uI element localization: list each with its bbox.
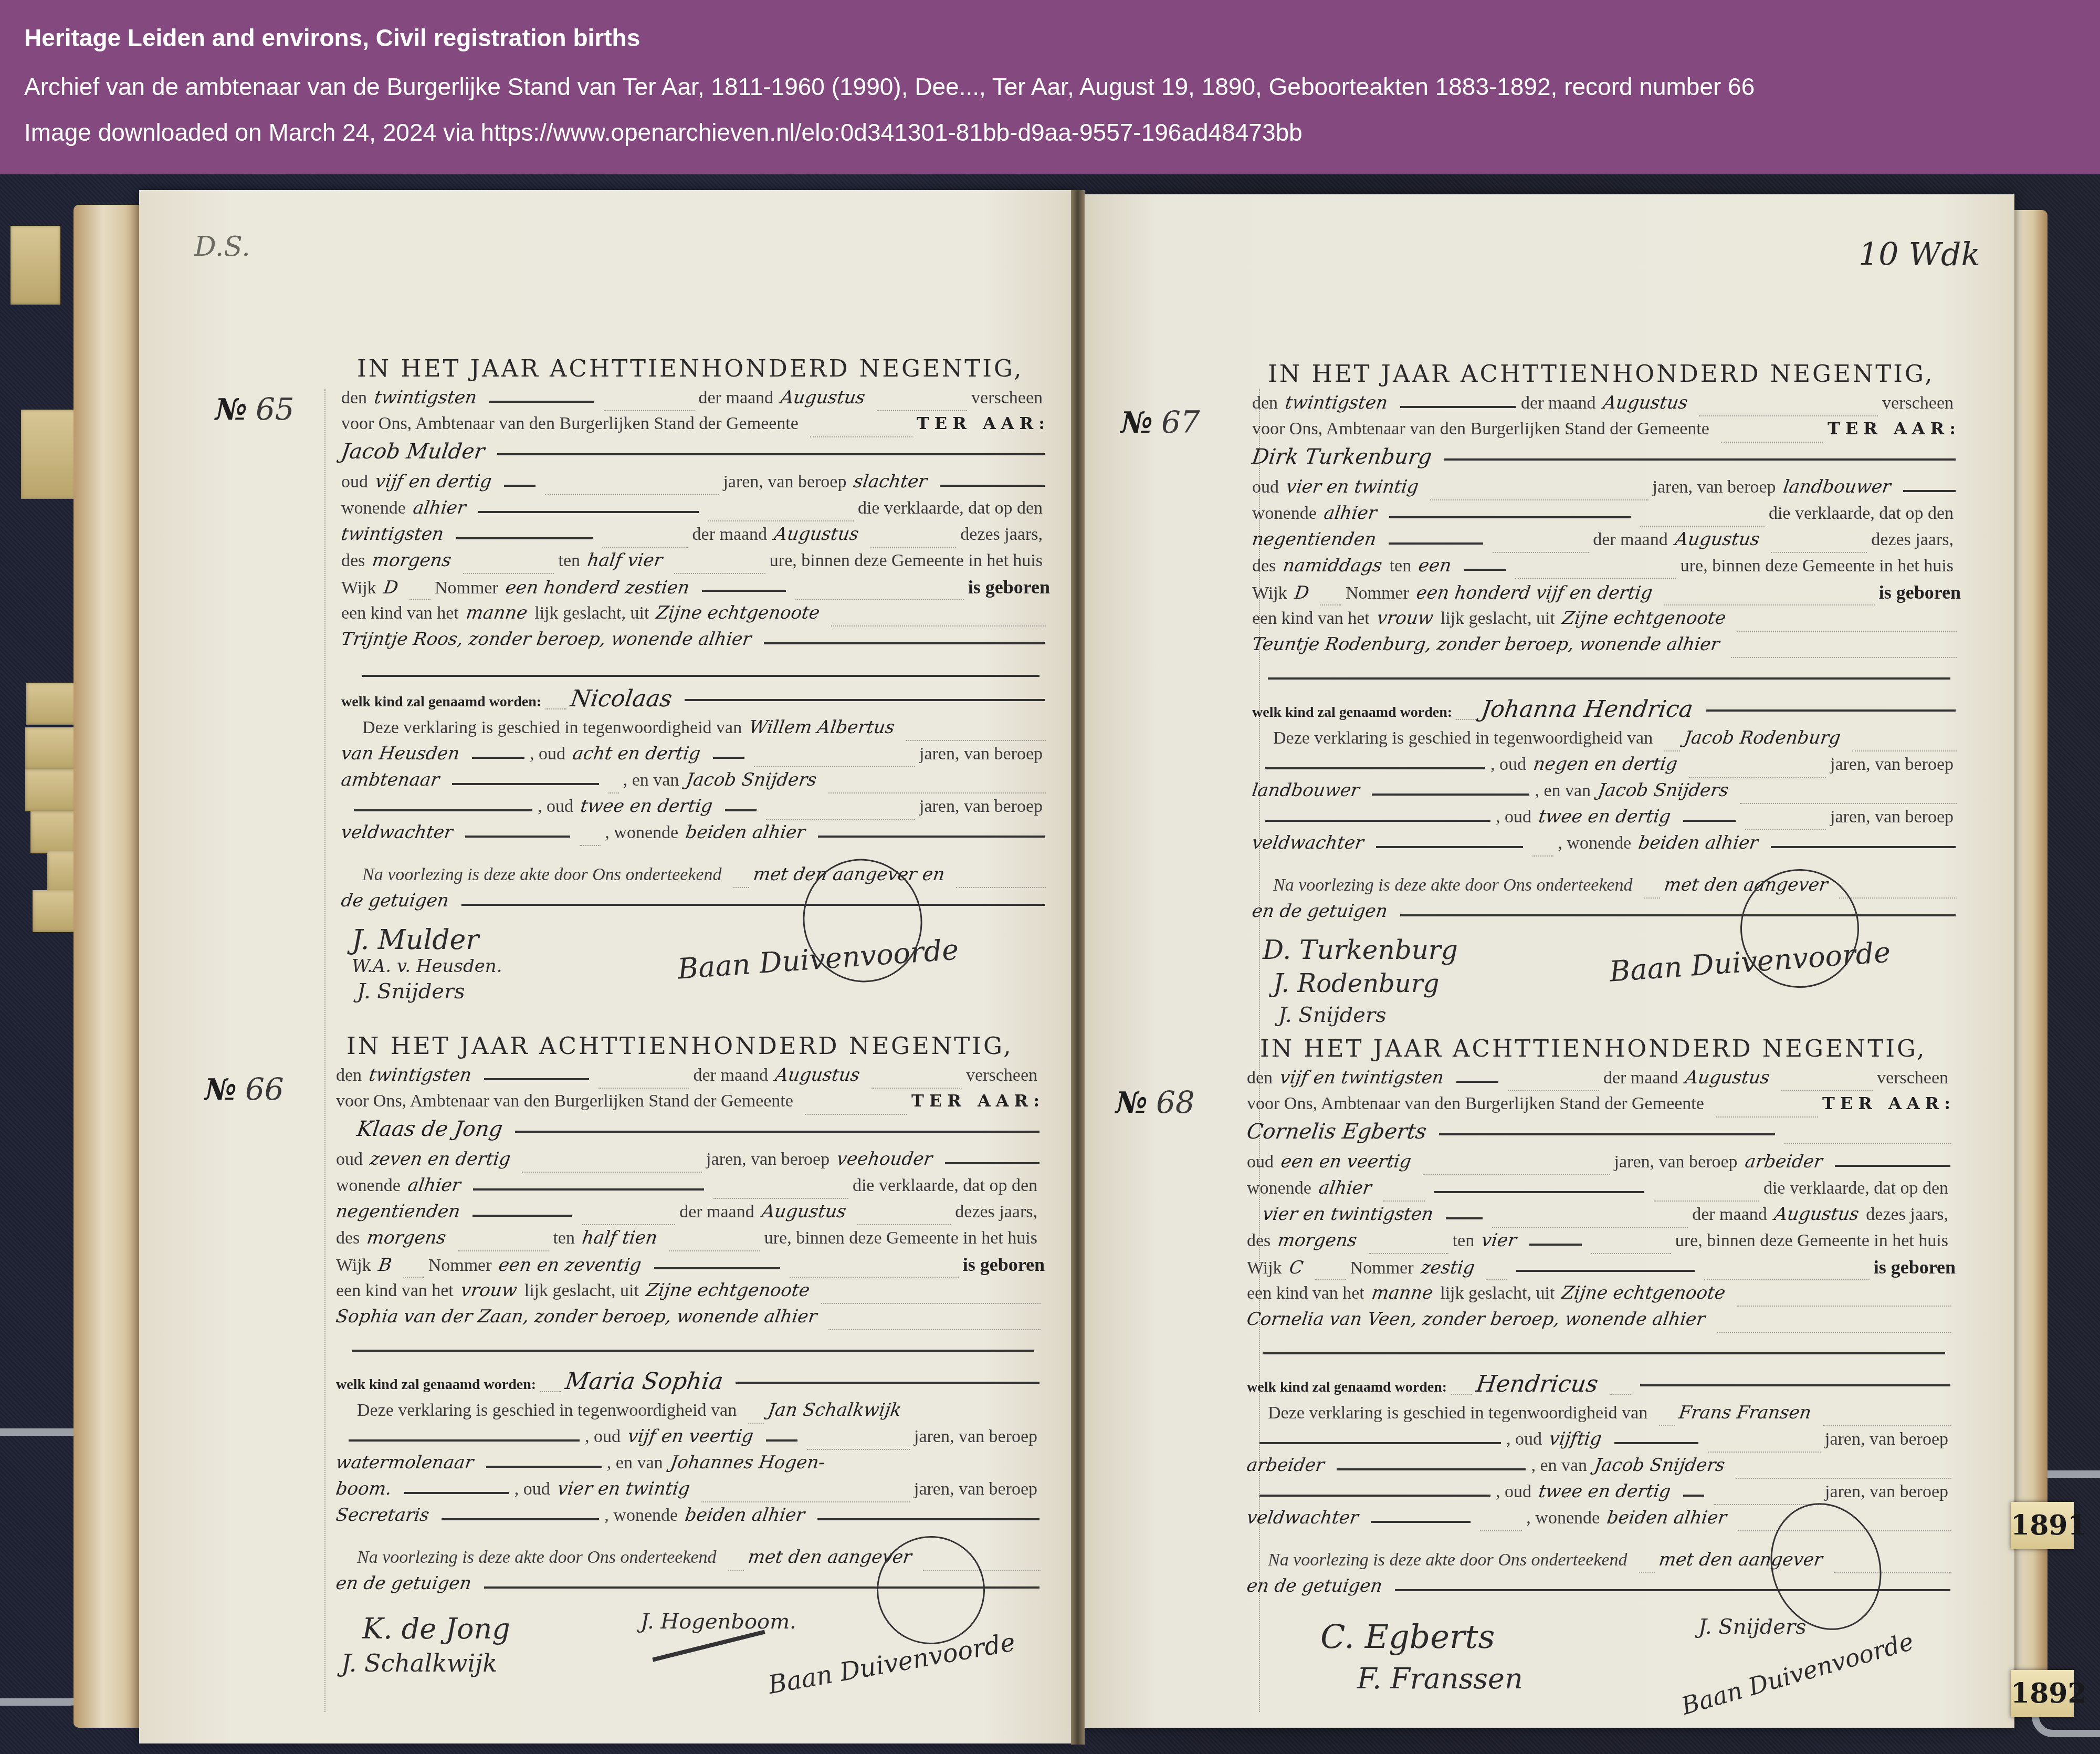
label-en-van: , en van xyxy=(1531,1456,1587,1476)
fill-line xyxy=(1706,709,1956,712)
value-signed-with2: en de getuigen xyxy=(1251,901,1389,922)
value-signed-with2: en de getuigen xyxy=(334,1573,472,1594)
label-voorlezing: Na voorlezing is deze akte door Ons onde… xyxy=(1273,875,1633,895)
dotted-line xyxy=(1708,1452,1821,1453)
row-witness1-age: , oud vijf en veertig jaren, van beroep xyxy=(336,1426,1045,1455)
dotted-line xyxy=(1745,829,1826,830)
source-citation: Archief van de ambtenaar van de Burgerli… xyxy=(24,72,1755,101)
fill-line xyxy=(654,1267,780,1269)
value-house-number: een honderd zestien xyxy=(504,577,691,598)
collection-title: Heritage Leiden and environs, Civil regi… xyxy=(24,24,640,52)
value-birth-month: Augustus xyxy=(760,1201,847,1222)
row-official: voor Ons, Ambtenaar van den Burgerlijken… xyxy=(1252,419,1961,448)
signature: J. Snijders xyxy=(357,979,465,1004)
fill-line xyxy=(713,757,744,759)
dotted-line xyxy=(463,573,554,574)
value-month: Augustus xyxy=(779,387,866,408)
label-oud: oud xyxy=(341,472,368,492)
dotted-line xyxy=(580,845,601,846)
label-geslacht: lijk geslacht, uit xyxy=(1440,1283,1555,1303)
dotted-line xyxy=(877,410,967,411)
row-signed: Na voorlezing is deze akte door Ons onde… xyxy=(1273,874,1961,904)
value-day: twintigsten xyxy=(373,387,478,408)
dotted-line xyxy=(754,766,915,767)
fill-line xyxy=(497,453,1045,455)
value-month: Augustus xyxy=(1602,392,1689,413)
dotted-line xyxy=(669,1250,760,1251)
dotted-line xyxy=(828,1329,1041,1330)
fill-line xyxy=(484,1078,589,1080)
label-nommer: Nommer xyxy=(1350,1258,1414,1278)
row-time: des morgens ten half vier ure, binnen de… xyxy=(341,550,1050,579)
label-des: des xyxy=(1247,1231,1270,1251)
value-house-number: zestig xyxy=(1420,1257,1476,1278)
row-child-name: welk kind zal genaamd worden: Nicolaas xyxy=(341,685,1050,715)
number-sign: № xyxy=(1121,405,1153,440)
value-birth-month: Augustus xyxy=(1674,529,1761,550)
value-residence: alhier xyxy=(1317,1177,1373,1198)
label-ure: ure, binnen deze Gemeente in het huis xyxy=(764,1228,1037,1248)
dotted-line xyxy=(1456,719,1477,720)
row-official: voor Ons, Ambtenaar van den Burgerlijken… xyxy=(341,413,1050,443)
value-child-name: Hendricus xyxy=(1475,1371,1600,1397)
label-wonende: , wonende xyxy=(1526,1508,1600,1528)
fill-line xyxy=(478,511,699,513)
record-heading: IN HET JAAR ACHTTIENHONDERD NEGENTIG, xyxy=(357,354,1024,382)
label-oud: , oud xyxy=(1496,807,1531,827)
label-occupation: jaren, van beroep xyxy=(914,1479,1037,1499)
dotted-line xyxy=(545,708,566,709)
dotted-line xyxy=(602,547,688,548)
value-mother: Cornelia van Veen, zonder beroep, wonend… xyxy=(1245,1309,1706,1330)
row-sex: een kind van het vrouw lijk geslacht, ui… xyxy=(336,1280,1045,1309)
value-wijk: D xyxy=(382,577,400,598)
fill-line xyxy=(442,1518,599,1520)
label-dezes-jaars: dezes jaars, xyxy=(960,525,1043,545)
number-sign: № xyxy=(205,1072,237,1107)
row-time: des morgens ten half tien ure, binnen de… xyxy=(336,1227,1045,1257)
record-heading: IN HET JAAR ACHTTIENHONDERD NEGENTIG, xyxy=(346,1032,1013,1060)
value-time-of-day: morgens xyxy=(366,1227,448,1248)
value-occupation: landbouwer xyxy=(1782,476,1892,497)
dotted-line xyxy=(1591,1253,1671,1254)
row-witness1: Deze verklaring is geschied in tegenwoor… xyxy=(362,717,1050,746)
label-voorlezing: Na voorlezing is deze akte door Ons onde… xyxy=(362,865,722,885)
value-sex: vrouw xyxy=(1375,608,1435,629)
value-residence: alhier xyxy=(412,497,467,518)
fill-line xyxy=(736,1382,1039,1384)
fill-line xyxy=(818,836,1045,838)
label-voorlezing: Na voorlezing is deze akte door Ons onde… xyxy=(1268,1550,1627,1570)
fill-line xyxy=(685,699,1045,701)
value-witness2-age: twee en dertig xyxy=(1537,1481,1672,1502)
label-wonende: wonende xyxy=(341,498,406,518)
record-number: №67 xyxy=(1121,404,1200,440)
row-witness1: Deze verklaring is geschied in tegenwoor… xyxy=(357,1400,1045,1429)
row-address: Wijk C Nommer zestig is geboren xyxy=(1247,1256,1956,1286)
fill-line xyxy=(1456,1081,1498,1083)
row-age: oud zeven en dertig jaren, van beroep ve… xyxy=(336,1149,1045,1178)
fill-line xyxy=(472,757,524,759)
signature: K. de Jong xyxy=(362,1612,510,1645)
row-official: voor Ons, Ambtenaar van den Burgerlijken… xyxy=(336,1091,1045,1120)
value-witness2-cont: boom. xyxy=(334,1478,393,1499)
signature: J. Rodenburg xyxy=(1273,969,1439,998)
dotted-line xyxy=(1699,415,1878,416)
fill-line xyxy=(1434,1191,1644,1193)
fill-line xyxy=(489,401,594,403)
row-mother: Cornelia van Veen, zonder beroep, wonend… xyxy=(1247,1309,1956,1338)
year-tab-1891[interactable]: 1891 xyxy=(2011,1502,2074,1549)
label-occupation: jaren, van beroep xyxy=(919,797,1043,817)
dotted-line xyxy=(522,1172,702,1173)
row-signed-2: de getuigen xyxy=(341,890,1050,920)
value-witness2-age: twee en dertig xyxy=(1537,806,1672,827)
label-month: der maand xyxy=(1593,530,1668,550)
fill-line xyxy=(1683,1495,1704,1497)
label-verklaarde: die verklaarde, dat op den xyxy=(1769,504,1954,524)
value-time-of-day: namiddags xyxy=(1282,555,1384,576)
label-month: der maand xyxy=(699,388,774,408)
dotted-line xyxy=(1839,897,1957,899)
fill-line xyxy=(1771,846,1956,848)
dotted-line xyxy=(1731,657,1957,658)
value-birth-day: negentienden xyxy=(334,1201,461,1222)
label-wijk: Wijk xyxy=(1252,583,1287,603)
dotted-line xyxy=(403,1277,424,1278)
row-child-name: welk kind zal genaamd worden: Hendricus xyxy=(1247,1371,1956,1400)
label-occupation: jaren, van beroep xyxy=(914,1427,1037,1447)
municipality: TER AAR: xyxy=(917,413,1050,433)
dotted-line xyxy=(956,887,1046,888)
label-des: des xyxy=(341,551,365,571)
value-declarant: Dirk Turkenburg xyxy=(1251,445,1434,469)
label-dezes-jaars: dezes jaars, xyxy=(1866,1205,1948,1225)
fill-line xyxy=(1376,846,1523,848)
row-declarant: Jacob Mulder xyxy=(341,440,1050,469)
row-address: Wijk D Nommer een honderd zestien is geb… xyxy=(341,576,1050,605)
label-oud: , oud xyxy=(585,1427,621,1447)
value-witness2: Jacob Snijders xyxy=(1597,780,1730,801)
download-note: Image downloaded on March 24, 2024 via h… xyxy=(24,118,1303,147)
row-sex: een kind van het manne lijk geslacht, ui… xyxy=(1247,1282,1956,1312)
label-oud: , oud xyxy=(1496,1482,1531,1502)
label-den: den xyxy=(1252,393,1278,413)
value-witness-residence: beiden alhier xyxy=(684,822,806,843)
dotted-line xyxy=(545,494,719,495)
left-page-corner-mark: D.S. xyxy=(194,231,250,263)
label-geboren: is geboren xyxy=(1874,1256,1956,1278)
label-des: des xyxy=(1252,556,1276,576)
dotted-line xyxy=(598,1088,689,1089)
value-occupation: slachter xyxy=(853,471,929,492)
record-number: №66 xyxy=(205,1071,284,1107)
label-genaamd: welk kind zal genaamd worden: xyxy=(1252,704,1452,721)
dotted-line xyxy=(831,625,1046,627)
municipality: TER AAR: xyxy=(1822,1093,1956,1113)
signature: J. Snijders xyxy=(1278,1003,1387,1027)
dotted-line xyxy=(1493,552,1589,553)
row-sex: een kind van het vrouw lijk geslacht, ui… xyxy=(1252,608,1961,637)
value-witness2-occupation: veldwachter xyxy=(340,822,454,843)
value-age: zeven en dertig xyxy=(369,1149,512,1170)
label-nommer: Nommer xyxy=(435,578,498,598)
fill-line xyxy=(1400,406,1516,408)
row-age: oud een en veertig jaren, van beroep arb… xyxy=(1247,1151,1956,1181)
value-witness1-age: vijftig xyxy=(1548,1428,1603,1449)
label-month: der maand xyxy=(1521,393,1596,413)
label-occupation: jaren, van beroep xyxy=(1653,477,1776,497)
dotted-line xyxy=(1721,442,1823,443)
label-ure: ure, binnen deze Gemeente in het huis xyxy=(1681,556,1954,576)
value-witness2: Johannes Hogen- xyxy=(669,1452,826,1473)
row-mother: Sophia van der Zaan, zonder beroep, wone… xyxy=(336,1306,1045,1335)
value-occupation: veehouder xyxy=(835,1149,933,1170)
dotted-line xyxy=(582,1224,675,1225)
label-den: den xyxy=(336,1066,362,1085)
dotted-line xyxy=(409,599,430,600)
label-dezes-jaars: dezes jaars, xyxy=(1871,530,1954,550)
fill-line xyxy=(404,1492,509,1494)
record-number-value: 68 xyxy=(1156,1084,1195,1120)
fill-line xyxy=(1903,490,1956,492)
label-geslacht: lijk geslacht, uit xyxy=(1441,609,1555,629)
dotted-line xyxy=(790,1277,959,1278)
row-residence: wonende alhier die verklaarde, dat op de… xyxy=(341,497,1050,527)
value-witness1: Jacob Rodenburg xyxy=(1683,727,1842,748)
row-residence: wonende alhier die verklaarde, dat op de… xyxy=(1252,503,1961,532)
label-occupation: jaren, van beroep xyxy=(1830,807,1954,827)
label-month: der maand xyxy=(1603,1068,1678,1088)
dotted-line xyxy=(871,1088,962,1089)
label-geboren: is geboren xyxy=(963,1254,1045,1276)
dotted-line xyxy=(1423,1174,1610,1175)
label-verscheen: verscheen xyxy=(1877,1068,1948,1088)
label-oud: oud xyxy=(336,1150,363,1170)
value-house-number: een honderd vijf en dertig xyxy=(1415,582,1654,603)
value-witness1: Willem Albertus xyxy=(748,717,896,738)
row-witness1-age: , oud vijftig jaren, van beroep xyxy=(1247,1428,1956,1458)
value-child-name: Johanna Hendrica xyxy=(1480,696,1695,723)
dotted-line xyxy=(1852,750,1957,751)
index-tab xyxy=(21,410,79,499)
dotted-line xyxy=(906,740,1046,741)
label-nommer: Nommer xyxy=(1346,583,1409,603)
dotted-line xyxy=(1704,1279,1869,1280)
label-voorlezing: Na voorlezing is deze akte door Ons onde… xyxy=(357,1548,717,1568)
dotted-line xyxy=(1532,855,1553,857)
record-heading: IN HET JAAR ACHTTIENHONDERD NEGENTIG, xyxy=(1268,360,1935,388)
label-month: der maand xyxy=(679,1202,754,1222)
row-birth-date: vier en twintigsten der maand Augustus d… xyxy=(1247,1204,1956,1233)
value-birth-month: Augustus xyxy=(1773,1204,1860,1225)
value-hour: half vier xyxy=(586,550,664,571)
dotted-line xyxy=(1644,897,1660,899)
label-verscheen: verscheen xyxy=(966,1066,1037,1085)
fill-line xyxy=(354,809,532,811)
dotted-line xyxy=(795,599,964,600)
dotted-line xyxy=(1508,1090,1599,1091)
dotted-line xyxy=(1654,1200,1759,1202)
label-verklaring: Deze verklaring is geschied in tegenwoor… xyxy=(357,1401,737,1421)
fill-line xyxy=(1446,1217,1483,1219)
value-witness2-age: vier en twintig xyxy=(556,1478,691,1499)
label-occupation: jaren, van beroep xyxy=(1825,1429,1948,1449)
fill-line xyxy=(1259,1442,1501,1444)
label-wijk: Wijk xyxy=(341,578,376,598)
label-des: des xyxy=(336,1228,360,1248)
fill-line xyxy=(362,675,1039,677)
fill-line xyxy=(349,1439,580,1442)
record-number-value: 66 xyxy=(245,1071,284,1107)
number-sign: № xyxy=(1116,1085,1148,1120)
value-child-name: Maria Sophia xyxy=(564,1368,725,1395)
record-number: №65 xyxy=(215,391,295,427)
label-geslacht: lijk geslacht, uit xyxy=(534,603,649,623)
row-residence: wonende alhier die verklaarde, dat op de… xyxy=(336,1175,1045,1204)
value-mother: Teuntje Rodenburg, zonder beroep, wonend… xyxy=(1251,634,1721,655)
row-date: den vijf en twintigsten der maand August… xyxy=(1247,1067,1956,1097)
dotted-line xyxy=(1640,526,1765,527)
fill-line xyxy=(1263,1352,1945,1354)
dotted-line xyxy=(1492,1227,1688,1228)
label-geslacht: lijk geslacht, uit xyxy=(524,1281,639,1301)
value-birth-day: twintigsten xyxy=(340,524,445,545)
label-ten: ten xyxy=(1453,1231,1475,1251)
dotted-line xyxy=(708,520,854,521)
fill-line xyxy=(1640,1384,1950,1386)
label-nommer: Nommer xyxy=(428,1256,492,1276)
value-witness2-occupation: veldwachter xyxy=(1251,832,1365,853)
label-geboren: is geboren xyxy=(968,576,1050,598)
row-birth-date: twintigsten der maand Augustus dezes jaa… xyxy=(341,524,1050,553)
label-wonende: , wonende xyxy=(604,1506,678,1526)
signature: C. Egberts xyxy=(1320,1617,1495,1656)
fill-line xyxy=(1389,542,1483,545)
row-age: oud vijf en dertig jaren, van beroep sla… xyxy=(341,471,1050,500)
dotted-line xyxy=(1781,1090,1873,1091)
value-child-name: Nicolaas xyxy=(569,685,674,712)
value-declarant: Klaas de Jong xyxy=(355,1117,505,1141)
dotted-line xyxy=(1315,1279,1346,1280)
dotted-line xyxy=(674,573,765,574)
index-tab xyxy=(10,226,60,305)
dotted-line xyxy=(1737,631,1957,632)
fill-line xyxy=(1835,1165,1950,1167)
value-day: twintigsten xyxy=(367,1064,473,1085)
signature: J. Snijders xyxy=(1698,1615,1807,1639)
municipality: TER AAR: xyxy=(911,1091,1045,1111)
signature: F. Franssen xyxy=(1357,1662,1523,1695)
row-birth-date: negentienden der maand Augustus dezes ja… xyxy=(336,1201,1045,1230)
value-day: twintigsten xyxy=(1284,392,1389,413)
value-witness2-age: twee en dertig xyxy=(579,796,714,817)
value-signed-with2: en de getuigen xyxy=(1245,1575,1383,1596)
label-wijk: Wijk xyxy=(1247,1258,1282,1278)
label-wonende: , wonende xyxy=(1558,833,1631,853)
label-verklaring: Deze verklaring is geschied in tegenwoor… xyxy=(1273,728,1653,748)
value-wijk: D xyxy=(1293,582,1310,603)
dotted-line xyxy=(807,1449,910,1450)
value-birth-day: negentienden xyxy=(1251,529,1378,550)
dotted-line xyxy=(458,1250,549,1251)
label-verklaarde: die verklaarde, dat op den xyxy=(858,498,1043,518)
label-oud: , oud xyxy=(1506,1429,1542,1449)
left-page-margin-line xyxy=(324,389,325,1712)
value-mother-intro: Zijne echtgenoote xyxy=(655,602,822,623)
label-verklaring: Deze verklaring is geschied in tegenwoor… xyxy=(1268,1403,1647,1423)
row-birth-date: negentienden der maand Augustus dezes ja… xyxy=(1252,529,1961,558)
label-wonende: wonende xyxy=(1247,1178,1311,1198)
dotted-line xyxy=(766,819,915,820)
book-gutter xyxy=(1071,190,1085,1745)
fill-line xyxy=(945,1162,1039,1164)
row-mother: Trijntje Roos, zonder beroep, wonende al… xyxy=(341,629,1050,658)
value-declarant: Jacob Mulder xyxy=(340,440,486,464)
row-witness1-age: , oud negen en dertig jaren, van beroep xyxy=(1252,754,1961,783)
dotted-line xyxy=(1784,1143,1951,1144)
fill-line xyxy=(352,1350,1034,1352)
dotted-line xyxy=(1451,1394,1472,1395)
label-month: der maand xyxy=(692,525,768,545)
dotted-line xyxy=(604,410,694,411)
label-ten: ten xyxy=(558,551,580,571)
label-dezes-jaars: dezes jaars, xyxy=(955,1202,1037,1222)
value-residence: alhier xyxy=(1322,503,1378,524)
row-witness-residence: veldwachter , wonende beiden alhier xyxy=(341,822,1050,851)
record-heading: IN HET JAAR ACHTTIENHONDERD NEGENTIG, xyxy=(1260,1035,1927,1062)
label-ure: ure, binnen deze Gemeente in het huis xyxy=(1675,1231,1948,1251)
value-witness-residence: beiden alhier xyxy=(684,1505,806,1526)
label-wijk: Wijk xyxy=(336,1256,371,1276)
dotted-line xyxy=(608,792,619,794)
value-witness2: Jacob Snijders xyxy=(685,769,818,790)
value-witness1-cont: van Heusden xyxy=(340,743,461,764)
fill-line xyxy=(465,836,570,838)
fill-line xyxy=(1400,914,1956,916)
row-witness-residence: Secretaris , wonende beiden alhier xyxy=(336,1505,1045,1534)
dotted-line xyxy=(728,1570,744,1571)
value-mother: Trijntje Roos, zonder beroep, wonende al… xyxy=(340,629,752,650)
label-ten: ten xyxy=(1390,556,1412,576)
label-oud: , oud xyxy=(514,1479,550,1499)
row-sex: een kind van het manne lijk geslacht, ui… xyxy=(341,602,1050,632)
value-house-number: een en zeventig xyxy=(498,1255,643,1276)
label-geboren: is geboren xyxy=(1879,581,1961,603)
fill-line xyxy=(1337,1468,1526,1470)
value-witness2-occupation: veldwachter xyxy=(1245,1507,1360,1528)
signature: W.A. v. Heusden. xyxy=(352,956,502,977)
dotted-line xyxy=(1771,552,1867,553)
value-wijk: C xyxy=(1288,1257,1305,1278)
row-address: Wijk D Nommer een honderd vijf en dertig… xyxy=(1252,581,1961,611)
label-occupation: jaren, van beroep xyxy=(1830,755,1954,775)
label-kind-van: een kind van het xyxy=(1252,609,1370,629)
year-tab-1892[interactable]: 1892 xyxy=(2011,1670,2074,1717)
value-witness1-age: vijf en veertig xyxy=(626,1426,754,1447)
row-age: oud vier en twintig jaren, van beroep la… xyxy=(1252,476,1961,506)
label-kind-van: een kind van het xyxy=(341,603,459,623)
label-occupation: jaren, van beroep xyxy=(1614,1152,1738,1172)
value-birth-month: Augustus xyxy=(773,524,860,545)
row-address: Wijk B Nommer een en zeventig is geboren xyxy=(336,1254,1045,1283)
value-witness1: Jan Schalkwijk xyxy=(766,1400,902,1421)
label-en-van: , en van xyxy=(607,1453,663,1473)
dotted-line xyxy=(1610,1394,1631,1395)
label-en-van: , en van xyxy=(623,770,679,790)
label-occupation: jaren, van beroep xyxy=(706,1150,829,1170)
value-witness1-occupation: arbeider xyxy=(1245,1455,1326,1476)
